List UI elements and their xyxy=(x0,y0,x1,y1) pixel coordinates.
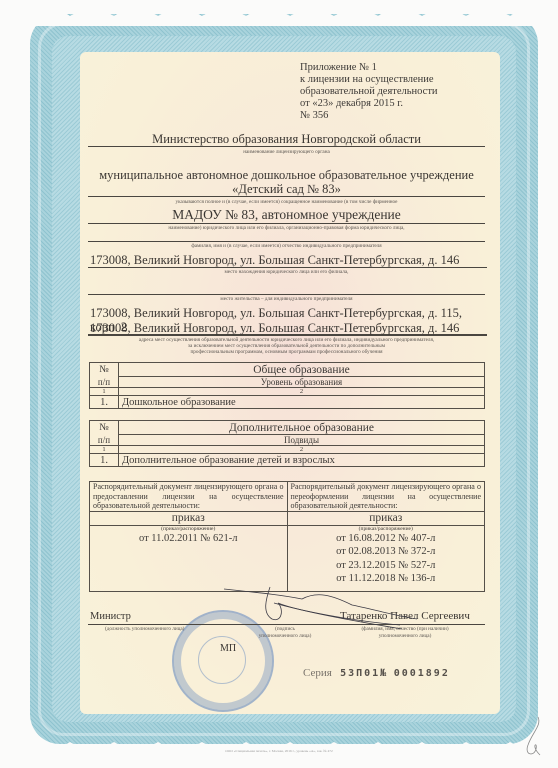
serie-number: 0001892 xyxy=(394,668,450,679)
org-short-name-caption: наименование) юридического лица или его … xyxy=(88,225,485,231)
form-serie: Серия 53П01№ 0001892 xyxy=(303,667,450,679)
handwritten-signature-icon xyxy=(222,585,422,630)
reissue-order-header: Распорядительный документ лицензирующего… xyxy=(287,482,485,512)
corner-initials-icon xyxy=(520,715,546,760)
org-short-name: МАДОУ № 83, автономное учреждение xyxy=(88,207,485,224)
column-index: 1 xyxy=(90,446,119,454)
grant-order-header: Распорядительный документ лицензирующего… xyxy=(90,482,288,512)
position-caption: (должность уполномоченного лица) xyxy=(105,626,184,632)
serie-label: Серия xyxy=(303,667,332,679)
order-entry: от 16.08.2012 № 407-л xyxy=(291,532,482,546)
signatory-position: Министр xyxy=(90,611,131,622)
orders-table: Распорядительный документ лицензирующего… xyxy=(89,481,485,592)
table-subtitle: Подвиды xyxy=(119,435,485,446)
appendix-line: образовательной деятельности xyxy=(300,86,438,98)
grant-order-type: приказ xyxy=(90,511,288,525)
licensing-body: Министерство образования Новгородской об… xyxy=(88,132,485,147)
num-header: № xyxy=(90,363,119,377)
table-title: Дополнительное образование xyxy=(119,421,485,435)
activity-address-2: 173008, Великий Новгород, ул. Большая Са… xyxy=(88,321,487,336)
grant-orders-cell: (приказ/распоряжение) от 11.02.2011 № 62… xyxy=(90,525,288,591)
legal-address: 173008, Великий Новгород, ул. Большая Са… xyxy=(88,253,487,268)
table-title: Общее образование xyxy=(119,363,485,377)
serie-code: 53П01 xyxy=(340,668,380,679)
sign-caption-line: уполномоченного лица) xyxy=(255,633,315,640)
reissue-order-type: приказ xyxy=(287,511,485,525)
column-index: 2 xyxy=(119,446,485,454)
residence-caption: место жительства – для индивидуального п… xyxy=(88,296,485,302)
row-number: 1. xyxy=(90,454,119,467)
appendix-line: к лицензии на осуществление xyxy=(300,74,438,86)
order-entry: от 11.02.2011 № 621-л xyxy=(93,532,284,545)
table-subtitle: Уровень образования xyxy=(119,377,485,388)
table-row: Дополнительное образование детей и взрос… xyxy=(119,454,485,467)
appendix-line: Приложение № 1 xyxy=(300,62,438,74)
row-number: 1. xyxy=(90,396,119,409)
residence-line xyxy=(88,277,485,295)
entrepreneur-caption: фамилия, имя и (в случае, если имеется) … xyxy=(88,243,485,249)
licensing-body-caption: наименование лицензирующего органа xyxy=(88,149,485,155)
additional-education-table: № Дополнительное образование п/п Подвиды… xyxy=(89,420,485,467)
activity-caption-3: профессиональным программам, основным пр… xyxy=(88,349,485,355)
order-entry: от 23.12.2015 № 527-л xyxy=(291,559,482,573)
reissue-orders-cell: (приказ/распоряжение) от 16.08.2012 № 40… xyxy=(287,525,485,591)
general-education-table: № Общее образование п/п Уровень образова… xyxy=(89,362,485,409)
serie-number-sign: № xyxy=(380,668,388,679)
order-entry: от 02.08.2013 № 372-л xyxy=(291,545,482,559)
legal-address-caption: место нахождения юридического лица или е… xyxy=(88,269,485,275)
order-entry: от 11.12.2018 № 136-л xyxy=(291,572,482,586)
stamp-label: МП xyxy=(220,643,236,654)
column-index: 1 xyxy=(90,388,119,396)
appendix-line: № 356 xyxy=(300,110,438,122)
num-header: п/п xyxy=(90,435,119,446)
table-row: Дошкольное образование xyxy=(119,396,485,409)
appendix-header: Приложение № 1 к лицензии на осуществлен… xyxy=(300,62,438,122)
wave-top-ornament xyxy=(30,2,538,26)
column-index: 2 xyxy=(119,388,485,396)
num-header: № xyxy=(90,421,119,435)
org-full-name-line1: муниципальное автономное дошкольное обра… xyxy=(88,168,485,182)
printer-imprint: ООО «Специальная печать», г. Москва, 201… xyxy=(0,749,558,753)
org-full-name-caption: указываются полное и (в случае, если име… xyxy=(88,199,485,205)
org-full-name-line2: «Детский сад № 83» xyxy=(88,182,485,197)
appendix-line: от «23» декабря 2015 г. xyxy=(300,98,438,110)
num-header: п/п xyxy=(90,377,119,388)
name-caption-line: уполномоченного лица) xyxy=(345,633,465,640)
entrepreneur-line xyxy=(88,233,485,242)
